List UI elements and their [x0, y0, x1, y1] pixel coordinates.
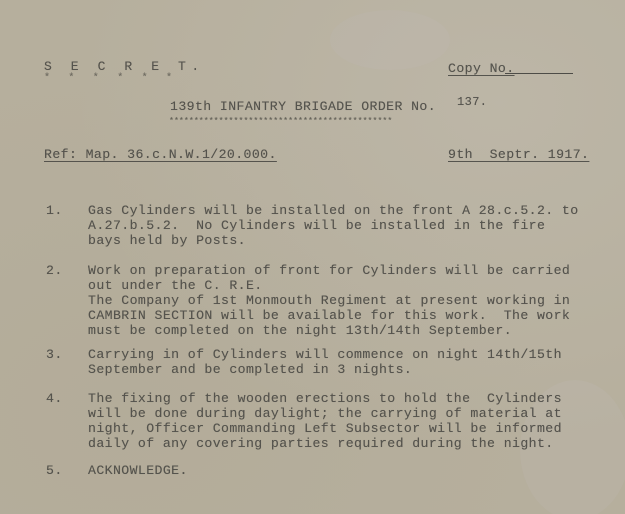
paragraph-line: Gas Cylinders will be installed on the f…: [88, 203, 579, 218]
paragraph-line: The Company of 1st Monmouth Regiment at …: [88, 293, 570, 308]
paragraph-line: will be done during daylight; the carryi…: [88, 406, 562, 421]
paragraph-line: bays held by Posts.: [88, 233, 579, 248]
paragraph-5: ACKNOWLEDGE.: [88, 463, 188, 478]
order-title: 139th INFANTRY BRIGADE ORDER No.: [170, 99, 436, 114]
order-date: 9th Septr. 1917.: [448, 147, 589, 162]
paragraph-line: out under the C. R.E.: [88, 278, 570, 293]
typewritten-document: S E C R E T. * * * * * * Copy No. 139th …: [0, 0, 625, 514]
paragraph-number: 5.: [46, 463, 63, 478]
paragraph-line: ACKNOWLEDGE.: [88, 463, 188, 478]
paragraph-line: The fixing of the wooden erections to ho…: [88, 391, 562, 406]
paragraph-line: A.27.b.5.2. No Cylinders will be install…: [88, 218, 579, 233]
order-number: 137.: [457, 95, 487, 109]
paragraph-2: Work on preparation of front for Cylinde…: [88, 263, 570, 338]
classification-heading: S E C R E T.: [44, 59, 205, 74]
classification-stars: * * * * * *: [44, 73, 178, 84]
paragraph-4: The fixing of the wooden erections to ho…: [88, 391, 562, 451]
paragraph-number: 3.: [46, 347, 63, 362]
title-underline-stars: ****************************************…: [169, 117, 392, 126]
paragraph-line: Work on preparation of front for Cylinde…: [88, 263, 570, 278]
paper-stain: [330, 10, 450, 70]
paragraph-number: 2.: [46, 263, 63, 278]
paragraph-line: September and be completed in 3 nights.: [88, 362, 562, 377]
paragraph-3: Carrying in of Cylinders will commence o…: [88, 347, 562, 377]
paragraph-line: Carrying in of Cylinders will commence o…: [88, 347, 562, 362]
paragraph-line: CAMBRIN SECTION will be available for th…: [88, 308, 570, 323]
paragraph-1: Gas Cylinders will be installed on the f…: [88, 203, 579, 248]
paragraph-line: must be completed on the night 13th/14th…: [88, 323, 570, 338]
paragraph-line: night, Officer Commanding Left Subsector…: [88, 421, 562, 436]
map-reference: Ref: Map. 36.c.N.W.1/20.000.: [44, 147, 277, 162]
copy-number-blank-line: [505, 73, 573, 74]
paragraph-number: 4.: [46, 391, 63, 406]
paragraph-number: 1.: [46, 203, 63, 218]
paragraph-line: daily of any covering parties required d…: [88, 436, 562, 451]
